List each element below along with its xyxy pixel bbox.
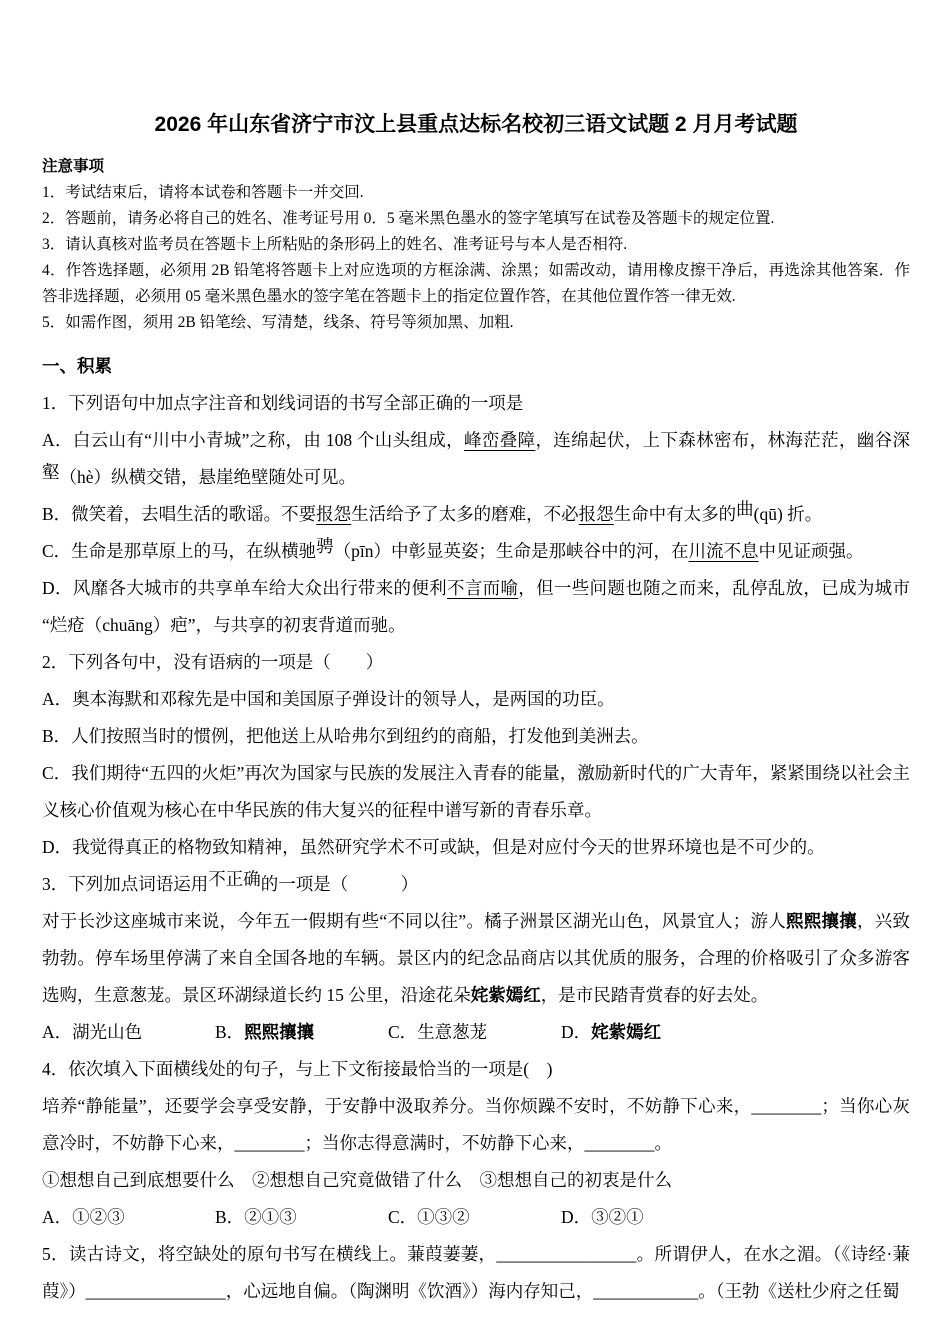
- text-segment: 3．下列加点词语运用: [42, 874, 208, 894]
- text-segment: （hè）纵横交错，悬崖绝壁随处可见。: [60, 467, 357, 487]
- notice-item-4: 4．作答选择题，必须用 2B 铅笔将答题卡上对应选项的方框涂满、涂黑；如需改动，…: [42, 258, 910, 310]
- q1-option-b: B．微笑着，去唱生活的歌谣。不要报怨生活给予了太多的磨难，不必报怨生命中有太多的…: [42, 496, 910, 533]
- q2-option-c: C．我们期待“五四的火炬”再次为国家与民族的发展注入青春的能量，激励新时代的广大…: [42, 755, 910, 829]
- q2-stem: 2．下列各句中，没有语病的一项是（ ）: [42, 644, 910, 681]
- option-letter: D．: [561, 1022, 591, 1042]
- q4-option-d: D．③②①: [561, 1199, 644, 1236]
- exam-title: 2026 年山东省济宁市汶上县重点达标名校初三语文试题 2 月月考试题: [42, 110, 910, 140]
- q3-option-b: B．熙熙攘攘: [215, 1014, 388, 1051]
- underlined-term: 报怨: [316, 504, 351, 524]
- q4-option-b: B．②①③: [215, 1199, 388, 1236]
- raised-char: 骋: [316, 536, 334, 556]
- text-segment: B．微笑着，去唱生活的歌谣。不要: [42, 504, 316, 524]
- notice-item-3: 3．请认真核对监考员在答题卡上所粘贴的条形码上的姓名、准考证号与本人是否相符.: [42, 232, 910, 258]
- q1-option-d: D．风靡各大城市的共享单车给大众出行带来的便利不言而喻，但一些问题也随之而来，乱…: [42, 570, 910, 644]
- option-word: 姹紫嫣红: [591, 1022, 661, 1042]
- option-word: 生意葱茏: [417, 1022, 487, 1042]
- text-segment: ，连绵起伏，上下森林密布，林海茫茫，幽谷深: [535, 430, 910, 450]
- q3-passage: 对于长沙这座城市来说，今年五一假期有些“不同以往”。橘子洲景区湖光山色，风景宜人…: [42, 903, 910, 1014]
- text-segment: D．风靡各大城市的共享单车给大众出行带来的便利: [42, 578, 447, 598]
- section-heading-accumulation: 一、积累: [42, 348, 910, 385]
- underlined-term: 报怨: [579, 504, 614, 524]
- q4-numbered-items: ①想想自己到底想要什么 ②想想自己究竟做错了什么 ③想想自己的初衷是什么: [42, 1162, 910, 1199]
- q3-stem: 3．下列加点词语运用不正确的一项是（ ）: [42, 866, 910, 903]
- questions-section: 一、积累 1．下列语句中加点字注音和划线词语的书写全部正确的一项是 A．白云山有…: [42, 348, 910, 1310]
- q1-option-a: A．白云山有“川中小青城”之称，由 108 个山头组成，峰峦叠障，连绵起伏，上下…: [42, 422, 910, 496]
- option-word: 熙熙攘攘: [244, 1022, 314, 1042]
- notice-item-2: 2．答题前，请务必将自己的姓名、准考证号用 0．5 毫米黑色墨水的签字笔填写在试…: [42, 206, 910, 232]
- underlined-term: 川流不息: [689, 541, 759, 561]
- q2-option-b: B．人们按照当时的惯例，把他送上从哈弗尔到纽约的商船，打发他到美洲去。: [42, 718, 910, 755]
- q3-option-d: D．姹紫嫣红: [561, 1014, 661, 1051]
- raised-char: 壑: [42, 462, 60, 482]
- emphasized-term: 熙熙攘攘: [786, 911, 857, 931]
- q4-option-c: C．①③②: [388, 1199, 561, 1236]
- notice-section: 注意事项 1．考试结束后，请将本试卷和答题卡一并交回. 2．答题前，请务必将自己…: [42, 154, 910, 336]
- underlined-term: 不言而喻: [447, 578, 518, 598]
- text-segment: 的一项是（ ）: [261, 874, 419, 894]
- raised-char: 曲: [736, 499, 754, 519]
- q2-option-d: D．我觉得真正的格物致知精神，虽然研究学术不可或缺，但是对应付今天的世界环境也是…: [42, 829, 910, 866]
- q4-option-a: A．①②③: [42, 1199, 215, 1236]
- q1-stem: 1．下列语句中加点字注音和划线词语的书写全部正确的一项是: [42, 385, 910, 422]
- q3-option-c: C．生意葱茏: [388, 1014, 561, 1051]
- text-segment: 生活给予了太多的磨难，不必: [351, 504, 579, 524]
- text-segment: A．白云山有“川中小青城”之称，由 108 个山头组成，: [42, 430, 464, 450]
- text-segment: (qū) 折。: [754, 504, 823, 524]
- text-segment: C．生命是那草原上的马，在纵横驰: [42, 541, 316, 561]
- emphasized-term: 姹紫嫣红: [471, 985, 541, 1005]
- option-word: 湖光山色: [72, 1022, 142, 1042]
- notice-item-1: 1．考试结束后，请将本试卷和答题卡一并交回.: [42, 180, 910, 206]
- q4-stem: 4．依次填入下面横线处的句子，与上下文衔接最恰当的一项是( ): [42, 1051, 910, 1088]
- q2-option-a: A．奥本海默和邓稼先是中国和美国原子弹设计的领导人，是两国的功臣。: [42, 681, 910, 718]
- text-segment: （pīn）中彰显英姿；生命是那峡谷中的河，在: [334, 541, 689, 561]
- option-letter: B．: [215, 1022, 244, 1042]
- q3-options-row: A．湖光山色B．熙熙攘攘C．生意葱茏D．姹紫嫣红: [42, 1014, 910, 1051]
- q1-option-c: C．生命是那草原上的马，在纵横驰骋（pīn）中彰显英姿；生命是那峡谷中的河，在川…: [42, 533, 910, 570]
- underlined-term: 峰峦叠障: [464, 430, 535, 450]
- q3-option-a: A．湖光山色: [42, 1014, 215, 1051]
- exam-paper-page: 2026 年山东省济宁市汶上县重点达标名校初三语文试题 2 月月考试题 注意事项…: [0, 0, 950, 1344]
- option-letter: A．: [42, 1022, 72, 1042]
- q4-options-row: A．①②③B．②①③C．①③②D．③②①: [42, 1199, 910, 1236]
- text-segment: 对于长沙这座城市来说，今年五一假期有些“不同以往”。橘子洲景区湖光山色，风景宜人…: [42, 911, 786, 931]
- raised-term: 不正确: [208, 869, 261, 889]
- q5-text: 5．读古诗文，将空缺处的原句书写在横线上。蒹葭萋萋，______________…: [42, 1236, 910, 1310]
- notice-heading: 注意事项: [42, 154, 910, 180]
- text-segment: 中见证顽强。: [759, 541, 864, 561]
- option-letter: C．: [388, 1022, 417, 1042]
- text-segment: 生命中有太多的: [614, 504, 737, 524]
- text-segment: ，是市民踏青赏春的好去处。: [541, 985, 769, 1005]
- q4-passage: 培养“静能量”，还要学会享受安静，于安静中汲取养分。当你烦躁不安时，不妨静下心来…: [42, 1088, 910, 1162]
- notice-item-5: 5．如需作图，须用 2B 铅笔绘、写清楚，线条、符号等须加黑、加粗.: [42, 310, 910, 336]
